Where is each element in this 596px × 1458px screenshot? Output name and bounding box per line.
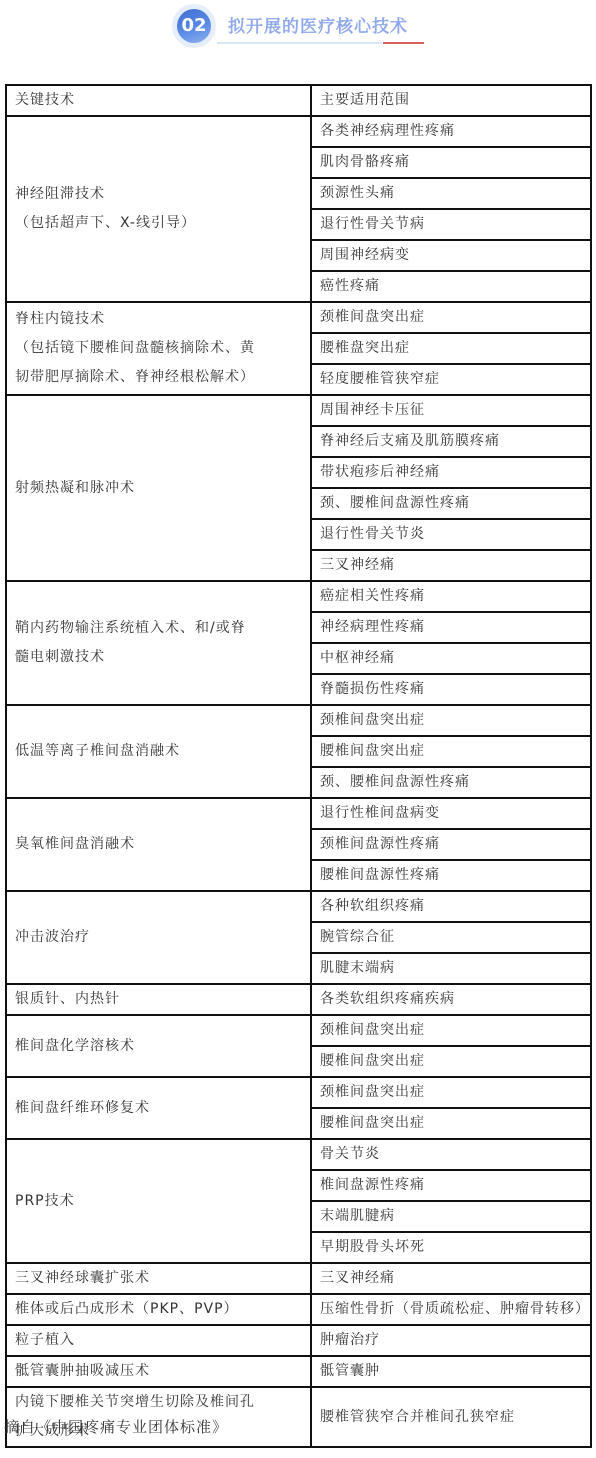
technique-line: 内镜下腰椎关节突增生切除及椎间孔 — [15, 1388, 310, 1417]
scope-cell: 脊神经后支痛及肌筋膜疼痛 — [311, 426, 591, 457]
technique-cell: 三叉神经球囊扩张术 — [6, 1263, 311, 1294]
technique-cell: 冲击波治疗 — [6, 891, 311, 984]
scope-cell: 腰椎间盘突出症 — [311, 1046, 591, 1077]
scope-cell: 腰椎管狭窄合并椎间孔狭窄症 — [311, 1387, 591, 1447]
technique-cell: 骶管囊肿抽吸减压术 — [6, 1356, 311, 1387]
technique-cell: 神经阻滞技术（包括超声下、X-线引导） — [6, 116, 311, 302]
table-row: 骶管囊肿抽吸减压术骶管囊肿 — [6, 1356, 591, 1387]
scope-cell: 骶管囊肿 — [311, 1356, 591, 1387]
scope-cell: 肿瘤治疗 — [311, 1325, 591, 1356]
technique-line: 椎间盘纤维环修复术 — [15, 1094, 310, 1123]
scope-cell: 颈、腰椎间盘源性疼痛 — [311, 488, 591, 519]
technique-line: （包括镜下腰椎间盘髓核摘除术、黄 — [15, 334, 310, 363]
table-row: 椎间盘化学溶核术颈椎间盘突出症 — [6, 1015, 591, 1046]
technique-line: 神经阻滞技术 — [15, 180, 310, 209]
scope-cell: 腰椎间盘突出症 — [311, 736, 591, 767]
scope-cell: 早期股骨头坏死 — [311, 1232, 591, 1263]
technique-line: PRP技术 — [15, 1187, 310, 1216]
technique-line: 粒子植入 — [15, 1326, 310, 1355]
table-row: 鞘内药物输注系统植入术、和/或脊髓电刺激技术癌症相关性疼痛 — [6, 581, 591, 612]
technique-line: 射频热凝和脉冲术 — [15, 474, 310, 503]
technique-line: 三叉神经球囊扩张术 — [15, 1264, 310, 1293]
scope-cell: 脊髓损伤性疼痛 — [311, 674, 591, 705]
scope-cell: 退行性骨关节炎 — [311, 519, 591, 550]
technique-line: 椎体或后凸成形术（PKP、PVP） — [15, 1295, 310, 1324]
scope-cell: 颈源性头痛 — [311, 178, 591, 209]
core-techniques-table: 关键技术 主要适用范围 神经阻滞技术（包括超声下、X-线引导）各类神经病理性疼痛… — [5, 84, 592, 1448]
scope-cell: 周围神经卡压征 — [311, 395, 591, 426]
scope-cell: 腰椎间盘源性疼痛 — [311, 860, 591, 891]
scope-cell: 末端肌腱病 — [311, 1201, 591, 1232]
technique-cell: 低温等离子椎间盘消融术 — [6, 705, 311, 798]
scope-cell: 退行性椎间盘病变 — [311, 798, 591, 829]
technique-cell: 椎体或后凸成形术（PKP、PVP） — [6, 1294, 311, 1325]
table-row: PRP技术骨关节炎 — [6, 1139, 591, 1170]
scope-cell: 各种软组织疼痛 — [311, 891, 591, 922]
scope-cell: 癌症相关性疼痛 — [311, 581, 591, 612]
scope-cell: 骨关节炎 — [311, 1139, 591, 1170]
scope-cell: 各类神经病理性疼痛 — [311, 116, 591, 147]
table-row: 低温等离子椎间盘消融术颈椎间盘突出症 — [6, 705, 591, 736]
table-row: 银质针、内热针各类软组织疼痛疾病 — [6, 984, 591, 1015]
technique-line: 脊柱内镜技术 — [15, 305, 310, 334]
scope-cell: 腰椎盘突出症 — [311, 333, 591, 364]
technique-line: 臭氧椎间盘消融术 — [15, 830, 310, 859]
scope-cell: 颈椎间盘源性疼痛 — [311, 829, 591, 860]
table-row: 椎体或后凸成形术（PKP、PVP）压缩性骨折（骨质疏松症、肿瘤骨转移） — [6, 1294, 591, 1325]
scope-cell: 中枢神经痛 — [311, 643, 591, 674]
scope-cell: 颈椎间盘突出症 — [311, 1077, 591, 1108]
scope-cell: 轻度腰椎管狭窄症 — [311, 364, 591, 395]
title-underline-accent — [383, 42, 424, 44]
scope-cell: 腕管综合征 — [311, 922, 591, 953]
table-row: 神经阻滞技术（包括超声下、X-线引导）各类神经病理性疼痛 — [6, 116, 591, 147]
scope-cell: 颈椎间盘突出症 — [311, 1015, 591, 1046]
scope-cell: 椎间盘源性疼痛 — [311, 1170, 591, 1201]
table-row: 冲击波治疗各种软组织疼痛 — [6, 891, 591, 922]
technique-cell: 椎间盘纤维环修复术 — [6, 1077, 311, 1139]
scope-cell: 各类软组织疼痛疾病 — [311, 984, 591, 1015]
technique-cell: PRP技术 — [6, 1139, 311, 1263]
technique-cell: 椎间盘化学溶核术 — [6, 1015, 311, 1077]
scope-cell: 退行性骨关节病 — [311, 209, 591, 240]
technique-line: 银质针、内热针 — [15, 985, 310, 1014]
scope-cell: 颈椎间盘突出症 — [311, 705, 591, 736]
technique-line: （包括超声下、X-线引导） — [15, 209, 310, 238]
table-row: 臭氧椎间盘消融术退行性椎间盘病变 — [6, 798, 591, 829]
technique-cell: 鞘内药物输注系统植入术、和/或脊髓电刺激技术 — [6, 581, 311, 705]
scope-cell: 颈椎间盘突出症 — [311, 302, 591, 333]
technique-line: 骶管囊肿抽吸减压术 — [15, 1357, 310, 1386]
table-row: 三叉神经球囊扩张术三叉神经痛 — [6, 1263, 591, 1294]
scope-cell: 带状疱疹后神经痛 — [311, 457, 591, 488]
technique-line: 韧带肥厚摘除术、脊神经根松解术） — [15, 363, 310, 392]
header-technique: 关键技术 — [6, 85, 311, 116]
technique-cell: 脊柱内镜技术（包括镜下腰椎间盘髓核摘除术、黄韧带肥厚摘除术、脊神经根松解术） — [6, 302, 311, 395]
table-header-row: 关键技术 主要适用范围 — [6, 85, 591, 116]
section-title: 拟开展的医疗核心技术 — [228, 12, 408, 37]
section-number-badge: 02 — [177, 9, 211, 43]
scope-cell: 压缩性骨折（骨质疏松症、肿瘤骨转移） — [311, 1294, 591, 1325]
technique-line: 椎间盘化学溶核术 — [15, 1032, 310, 1061]
scope-cell: 神经病理性疼痛 — [311, 612, 591, 643]
title-underline — [217, 42, 382, 44]
scope-cell: 周围神经病变 — [311, 240, 591, 271]
scope-cell: 肌肉骨骼疼痛 — [311, 147, 591, 178]
table-row: 粒子植入肿瘤治疗 — [6, 1325, 591, 1356]
technique-cell: 粒子植入 — [6, 1325, 311, 1356]
scope-cell: 肌腱末端病 — [311, 953, 591, 984]
technique-line: 髓电刺激技术 — [15, 643, 310, 672]
technique-cell: 射频热凝和脉冲术 — [6, 395, 311, 581]
technique-cell: 臭氧椎间盘消融术 — [6, 798, 311, 891]
technique-cell: 银质针、内热针 — [6, 984, 311, 1015]
technique-line: 鞘内药物输注系统植入术、和/或脊 — [15, 614, 310, 643]
table-row: 射频热凝和脉冲术周围神经卡压征 — [6, 395, 591, 426]
table-row: 脊柱内镜技术（包括镜下腰椎间盘髓核摘除术、黄韧带肥厚摘除术、脊神经根松解术）颈椎… — [6, 302, 591, 333]
header-scope: 主要适用范围 — [311, 85, 591, 116]
scope-cell: 三叉神经痛 — [311, 550, 591, 581]
scope-cell: 三叉神经痛 — [311, 1263, 591, 1294]
section-header: 02 拟开展的医疗核心技术 — [0, 0, 596, 60]
scope-cell: 颈、腰椎间盘源性疼痛 — [311, 767, 591, 798]
source-note: 摘自《中国疼痛专业团体标准》 — [4, 1416, 228, 1437]
technique-line: 低温等离子椎间盘消融术 — [15, 737, 310, 766]
table-row: 椎间盘纤维环修复术颈椎间盘突出症 — [6, 1077, 591, 1108]
scope-cell: 腰椎间盘突出症 — [311, 1108, 591, 1139]
scope-cell: 癌性疼痛 — [311, 271, 591, 302]
technique-line: 冲击波治疗 — [15, 923, 310, 952]
